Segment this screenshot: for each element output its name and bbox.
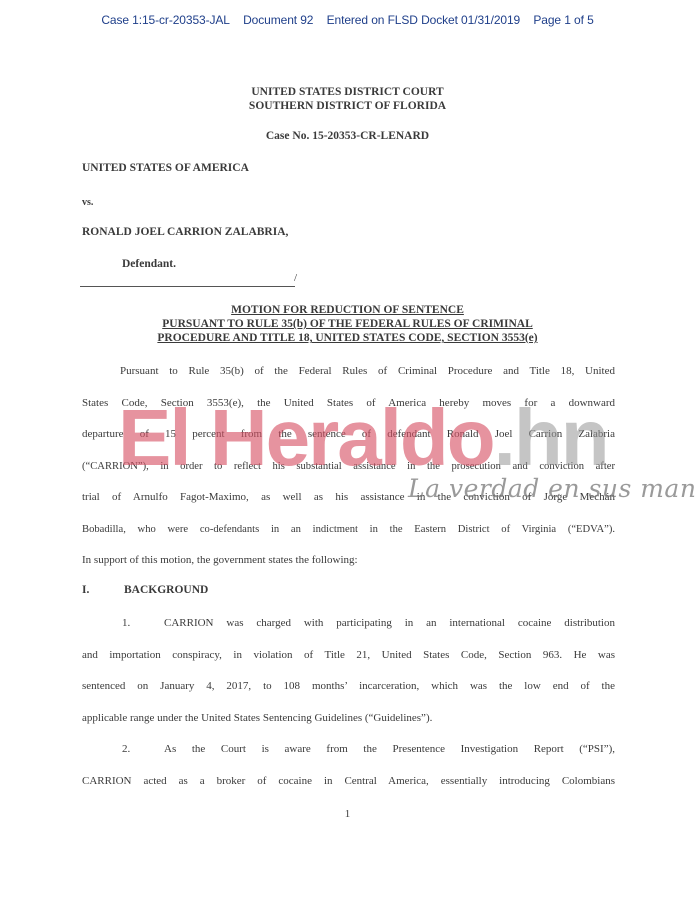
caption-slash: / [294, 272, 297, 284]
intro-line: Pursuant to Rule 35(b) of the Federal Ru… [82, 356, 615, 388]
paragraph-2-line: CARRION acted as a broker of cocaine in … [82, 766, 615, 798]
docket-header: Case 1:15-cr-20353-JAL Document 92 Enter… [0, 13, 695, 27]
paragraph-1-line: 1.CARRION was charged with participating… [82, 608, 615, 640]
docket-entered-date: Entered on FLSD Docket 01/31/2019 [327, 13, 521, 27]
paragraph-1-line: and importation conspiracy, in violation… [82, 640, 615, 672]
motion-title-line3: PROCEDURE AND TITLE 18, UNITED STATES CO… [0, 331, 695, 345]
section-heading-background: I.BACKGROUND [82, 584, 208, 596]
paragraph-1-number: 1. [122, 608, 164, 640]
intro-line: trial of Arnulfo Fagot-Maximo, as well a… [82, 482, 615, 514]
plaintiff-name: UNITED STATES OF AMERICA [82, 162, 249, 174]
intro-line: (“CARRION”), in order to reflect his sub… [82, 451, 615, 483]
motion-title: MOTION FOR REDUCTION OF SENTENCE PURSUAN… [0, 303, 695, 345]
intro-line: departure of 15 percent from the sentenc… [82, 419, 615, 451]
motion-title-line2: PURSUANT TO RULE 35(b) OF THE FEDERAL RU… [0, 317, 695, 331]
paragraph-2: 2.As the Court is aware from the Present… [82, 734, 615, 797]
intro-line: Bobadilla, who were co-defendants in an … [82, 514, 615, 546]
versus-label: vs. [82, 197, 93, 208]
docket-page-count: Page 1 of 5 [533, 13, 593, 27]
caption-divider-line [80, 286, 295, 287]
section-title: BACKGROUND [124, 584, 208, 596]
intro-line: States Code, Section 3553(e), the United… [82, 388, 615, 420]
paragraph-1-line: sentenced on January 4, 2017, to 108 mon… [82, 671, 615, 703]
docket-case-number: Case 1:15-cr-20353-JAL [101, 13, 230, 27]
defendant-name: RONALD JOEL CARRION ZALABRIA, [82, 226, 288, 238]
page-number: 1 [0, 808, 695, 820]
case-number: Case No. 15-20353-CR-LENARD [0, 130, 695, 142]
section-number: I. [82, 584, 124, 596]
intro-line: In support of this motion, the governmen… [82, 545, 615, 577]
intro-paragraph: Pursuant to Rule 35(b) of the Federal Ru… [82, 356, 615, 577]
paragraph-1: 1.CARRION was charged with participating… [82, 608, 615, 734]
motion-title-line1: MOTION FOR REDUCTION OF SENTENCE [0, 303, 695, 317]
docket-document-number: Document 92 [243, 13, 313, 27]
court-name: UNITED STATES DISTRICT COURT SOUTHERN DI… [0, 85, 695, 113]
court-name-line1: UNITED STATES DISTRICT COURT [0, 85, 695, 99]
paragraph-1-line: applicable range under the United States… [82, 703, 615, 735]
court-name-line2: SOUTHERN DISTRICT OF FLORIDA [0, 99, 695, 113]
paragraph-2-number: 2. [122, 734, 164, 766]
paragraph-2-line: 2.As the Court is aware from the Present… [82, 734, 615, 766]
defendant-label: Defendant. [122, 258, 176, 270]
